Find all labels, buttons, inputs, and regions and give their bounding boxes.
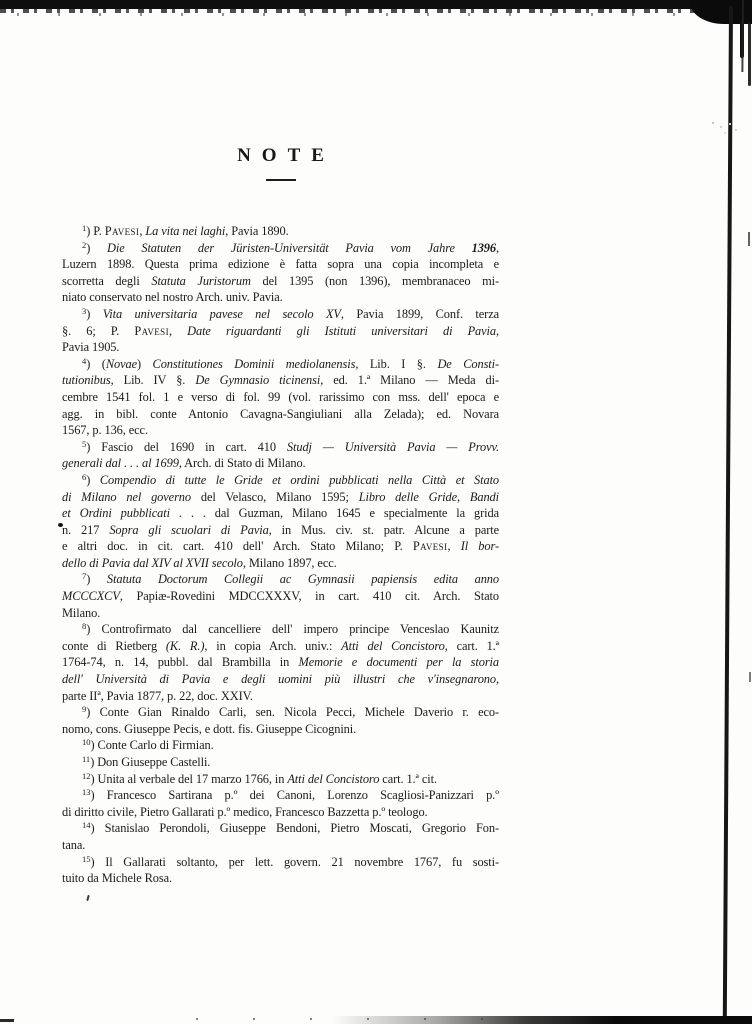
scan-artifact-ink-drip: [748, 22, 751, 86]
footnote-line: conte di Rietberg (K. R.), in copia Arch…: [62, 638, 499, 655]
scan-artifact-page-edge-line-secondary: [741, 0, 744, 72]
text-segment: De Consti-: [437, 357, 499, 371]
footnote-line: tuito da Michele Rosa.: [62, 870, 499, 887]
footnote-line: 10) Conte Carlo di Firmian.: [62, 737, 499, 754]
footnote-number: 14: [82, 820, 91, 830]
footnote-line: scorretta degli Statuta Juristorum del 1…: [62, 273, 499, 290]
footnote-line: parte IIª, Pavia 1877, p. 22, doc. XXIV.: [62, 688, 499, 705]
text-segment: Pavesi: [105, 224, 140, 238]
text-segment: Libro delle Gride, Bandi: [359, 490, 499, 504]
text-segment: ): [86, 572, 107, 586]
text-segment: ,: [169, 324, 187, 338]
text-segment: nomo, cons. Giuseppe Pecis, e dott. fis.…: [62, 722, 356, 736]
text-segment: 1396: [472, 241, 496, 255]
text-segment: , ed. 1.ª Milano — Meda di-: [320, 373, 499, 387]
footnote: 9) Conte Gian Rinaldo Carli, sen. Nicola…: [62, 704, 499, 737]
text-segment: ) P.: [86, 224, 104, 238]
text-segment: ): [137, 357, 153, 371]
text-segment: , Pavia 1890.: [225, 224, 288, 238]
page-title: NOTE: [62, 146, 499, 165]
footnote-line: 4) (Novae) Constitutiones Dominii mediol…: [62, 356, 499, 373]
text-segment: , in copia Arch. univ.:: [204, 639, 341, 653]
footnote-line: 8) Controfirmato dal cancelliere dell' i…: [62, 621, 499, 638]
text-segment: ) Controfirmato dal cancelliere dell' im…: [86, 622, 499, 636]
footnote: 15) Il Gallarati soltanto, per lett. gov…: [62, 854, 499, 887]
text-segment: Pavia 1905.: [62, 340, 119, 354]
text-segment: , Arch. di Stato di Milano.: [179, 456, 306, 470]
footnote-line: 1567, p. 136, ecc.: [62, 422, 499, 439]
text-segment: , Pavia 1899, Conf. terza: [341, 307, 499, 321]
footnote-line: e altri doc. in cit. cart. 410 dell' Arc…: [62, 538, 499, 555]
footnote-line: 1764-74, n. 14, pubbl. dal Brambilla in …: [62, 654, 499, 671]
text-segment: ) (: [86, 357, 106, 371]
footnote-line: 2) Die Statuten der Jüristen-Universität…: [62, 240, 499, 257]
text-segment: ) Unita al verbale del 17 marzo 1766, in: [91, 772, 288, 786]
footnote-line: 11) Don Giuseppe Castelli.: [62, 754, 499, 771]
footnote: 13) Francesco Sartirana p.º dei Canoni, …: [62, 787, 499, 820]
text-segment: Compendio di tutte le Gride et ordini pu…: [100, 473, 499, 487]
text-segment: , Lib. I §.: [355, 357, 437, 371]
text-segment: n. 217: [62, 523, 109, 537]
text-segment: ): [86, 241, 107, 255]
text-segment: . . . dal Guzman, Milano 1645 e specialm…: [170, 506, 499, 520]
footnote-line: §. 6; P. Pavesi, Date riguardanti gli Is…: [62, 323, 499, 340]
footnote-line: tana.: [62, 837, 499, 854]
text-segment: Pavesi: [134, 324, 169, 338]
footnote: 5) Fascio del 1690 in cart. 410 Studj — …: [62, 439, 499, 472]
text-segment: tana.: [62, 838, 85, 852]
text-segment: dello di Pavia dal XIV al XVII secolo: [62, 556, 243, 570]
text-segment: Studj — Università Pavia — Provv.: [287, 440, 499, 454]
text-segment: MCCCXCV: [62, 589, 120, 603]
text-segment: scorretta degli: [62, 274, 151, 288]
footnote-line: 5) Fascio del 1690 in cart. 410 Studj — …: [62, 439, 499, 456]
footnote-line: generali dal . . . al 1699, Arch. di Sta…: [62, 455, 499, 472]
footnote-line: nomo, cons. Giuseppe Pecis, e dott. fis.…: [62, 721, 499, 738]
scan-artifact-stray-mark: [86, 895, 90, 901]
text-segment: Date riguardanti gli Istituti universita…: [187, 324, 496, 338]
footnote: 4) (Novae) Constitutiones Dominii mediol…: [62, 356, 499, 439]
scan-artifact-bottom-left-tick: [0, 1019, 14, 1022]
text-segment: Luzern 1898. Questa prima edizione è fat…: [62, 257, 499, 271]
text-segment: agg. in bibl. conte Antonio Cavagna-Sang…: [62, 407, 499, 421]
footnote-line: di Milano nel governo del Velasco, Milan…: [62, 489, 499, 506]
text-segment: ,: [448, 539, 461, 553]
text-segment: (K. R.): [166, 639, 205, 653]
text-segment: Sopra gli scuolari di Pavia: [109, 523, 268, 537]
footnote-line: MCCCXCV, Papiæ-Rovedini MDCCXXXV, in car…: [62, 588, 499, 605]
text-segment: 1764-74, n. 14, pubbl. dal Brambilla in: [62, 655, 298, 669]
text-segment: , Papiæ-Rovedini MDCCXXXV, in cart. 410 …: [120, 589, 499, 603]
heading-rule: [266, 179, 296, 181]
scan-artifact-edge-mark: [748, 232, 750, 246]
text-segment: parte IIª, Pavia 1877, p. 22, doc. XXIV.: [62, 689, 253, 703]
scan-artifact-bottom-edge-specks: [170, 1018, 510, 1020]
footnote-number: 10: [82, 737, 91, 747]
text-segment: generali dal . . . al 1699: [62, 456, 179, 470]
footnote-line: cembre 1541 fol. 1 e verso di fol. 99 (v…: [62, 389, 499, 406]
text-segment: ) Francesco Sartirana p.º dei Canoni, Lo…: [91, 788, 500, 802]
footnote: 10) Conte Carlo di Firmian.: [62, 737, 499, 754]
footnote: 6) Compendio di tutte le Gride et ordini…: [62, 472, 499, 572]
text-segment: Pavesi: [413, 539, 448, 553]
text-segment: , Lib. IV §.: [111, 373, 196, 387]
footnote: 3) Vita universitaria pavese nel secolo …: [62, 306, 499, 356]
footnote-line: 12) Unita al verbale del 17 marzo 1766, …: [62, 771, 499, 788]
footnote-line: niato conservato nel nostro Arch. univ. …: [62, 289, 499, 306]
scan-artifact-top-edge-specks: [0, 13, 752, 16]
footnote-line: di diritto civile, Pietro Gallarati p.º …: [62, 804, 499, 821]
text-segment: ) Il Gallarati soltanto, per lett. gover…: [91, 855, 500, 869]
text-segment: di diritto civile, Pietro Gallarati p.º …: [62, 805, 428, 819]
text-segment: e altri doc. in cit. cart. 410 dell' Arc…: [62, 539, 413, 553]
text-segment: Il bor-: [461, 539, 499, 553]
text-segment: ) Stanislao Perondoli, Giuseppe Bendoni,…: [91, 821, 500, 835]
text-segment: , cart. 1.ª: [445, 639, 499, 653]
footnote-line: Milano.: [62, 605, 499, 622]
footnote-line: Luzern 1898. Questa prima edizione è fat…: [62, 256, 499, 273]
text-segment: ) Conte Carlo di Firmian.: [91, 738, 214, 752]
text-segment: ,: [496, 324, 499, 338]
text-segment: , in Mus. civ. st. patr. Alcune a parte: [269, 523, 499, 537]
footnote-line: tutionibus, Lib. IV §. De Gymnasio ticin…: [62, 372, 499, 389]
footnote-line: 13) Francesco Sartirana p.º dei Canoni, …: [62, 787, 499, 804]
footnote: 8) Controfirmato dal cancelliere dell' i…: [62, 621, 499, 704]
footnote-number: 15: [82, 854, 91, 864]
footnote-line: 1) P. Pavesi, La vita nei laghi, Pavia 1…: [62, 223, 499, 240]
footnote: 1) P. Pavesi, La vita nei laghi, Pavia 1…: [62, 223, 499, 240]
text-segment: del Velasco, Milano 1595;: [191, 490, 359, 504]
footnote-line: 7) Statuta Doctorum Collegii ac Gymnasii…: [62, 571, 499, 588]
footnote-line: dello di Pavia dal XIV al XVII secolo, M…: [62, 555, 499, 572]
scanned-book-page: NOTE 1) P. Pavesi, La vita nei laghi, Pa…: [0, 0, 752, 1024]
text-segment: di Milano nel governo: [62, 490, 191, 504]
text-segment: De Gymnasio ticinensi: [195, 373, 320, 387]
footnote-line: 14) Stanislao Perondoli, Giuseppe Bendon…: [62, 820, 499, 837]
note-column: NOTE 1) P. Pavesi, La vita nei laghi, Pa…: [62, 146, 499, 887]
text-segment: ,: [496, 241, 499, 255]
footnote-number: 11: [82, 754, 90, 764]
text-segment: cart. 1.ª cit.: [379, 772, 437, 786]
text-segment: Constitutiones Dominii mediolanensis: [153, 357, 356, 371]
footnote-line: 3) Vita universitaria pavese nel secolo …: [62, 306, 499, 323]
text-segment: Atti del Concistoro: [341, 639, 445, 653]
text-segment: ) Don Giuseppe Castelli.: [90, 755, 210, 769]
text-segment: del 1395 (non 1396), membranaceo mi-: [251, 274, 499, 288]
footnote-line: 15) Il Gallarati soltanto, per lett. gov…: [62, 854, 499, 871]
text-segment: ,: [496, 672, 499, 686]
scan-artifact-faint-specks: [712, 122, 714, 124]
text-segment: §. 6; P.: [62, 324, 134, 338]
footnote-line: et Ordini pubblicati . . . dal Guzman, M…: [62, 505, 499, 522]
text-segment: La vita nei laghi: [145, 224, 225, 238]
text-segment: Statuta Doctorum Collegii ac Gymnasii pa…: [107, 572, 499, 586]
text-segment: niato conservato nel nostro Arch. univ. …: [62, 290, 283, 304]
text-segment: ): [86, 307, 102, 321]
text-segment: ) Fascio del 1690 in cart. 410: [86, 440, 287, 454]
text-segment: conte di Rietberg: [62, 639, 166, 653]
text-segment: et Ordini pubblicati: [62, 506, 170, 520]
footnotes-list: 1) P. Pavesi, La vita nei laghi, Pavia 1…: [62, 223, 499, 887]
footnote-line: 9) Conte Gian Rinaldo Carli, sen. Nicola…: [62, 704, 499, 721]
scan-artifact-page-edge-line: [723, 6, 733, 1020]
footnote-line: Pavia 1905.: [62, 339, 499, 356]
text-segment: Atti del Concistoro: [287, 772, 379, 786]
footnote: 12) Unita al verbale del 17 marzo 1766, …: [62, 771, 499, 788]
footnote: 14) Stanislao Perondoli, Giuseppe Bendon…: [62, 820, 499, 853]
footnote-line: 6) Compendio di tutte le Gride et ordini…: [62, 472, 499, 489]
text-segment: tuito da Michele Rosa.: [62, 871, 172, 885]
footnote: 7) Statuta Doctorum Collegii ac Gymnasii…: [62, 571, 499, 621]
footnote-line: dell' Università di Pavia e degli uomini…: [62, 671, 499, 688]
footnote-line: n. 217 Sopra gli scuolari di Pavia, in M…: [62, 522, 499, 539]
text-segment: Milano.: [62, 606, 100, 620]
text-segment: Memorie e documenti per la storia: [298, 655, 499, 669]
text-segment: dell' Università di Pavia e degli uomini…: [62, 672, 496, 686]
text-segment: Statuta Juristorum: [151, 274, 250, 288]
footnote-line: agg. in bibl. conte Antonio Cavagna-Sang…: [62, 406, 499, 423]
footnote-number: 13: [82, 787, 91, 797]
text-segment: , Milano 1897, ecc.: [243, 556, 337, 570]
text-segment: cembre 1541 fol. 1 e verso di fol. 99 (v…: [62, 390, 499, 404]
text-segment: tutionibus: [62, 373, 111, 387]
text-segment: 1567, p. 136, ecc.: [62, 423, 148, 437]
footnote: 11) Don Giuseppe Castelli.: [62, 754, 499, 771]
text-segment: Novae: [106, 357, 137, 371]
footnote-number: 12: [82, 771, 91, 781]
scan-artifact-edge-mark: [749, 672, 751, 682]
text-segment: Die Statuten der Jüristen-Universität Pa…: [107, 241, 472, 255]
text-segment: ): [86, 473, 100, 487]
text-segment: ) Conte Gian Rinaldo Carli, sen. Nicola …: [86, 705, 499, 719]
scan-artifact-top-edge: [0, 0, 752, 9]
footnote: 2) Die Statuten der Jüristen-Universität…: [62, 240, 499, 306]
text-segment: Vita universitaria pavese nel secolo XV: [103, 307, 341, 321]
